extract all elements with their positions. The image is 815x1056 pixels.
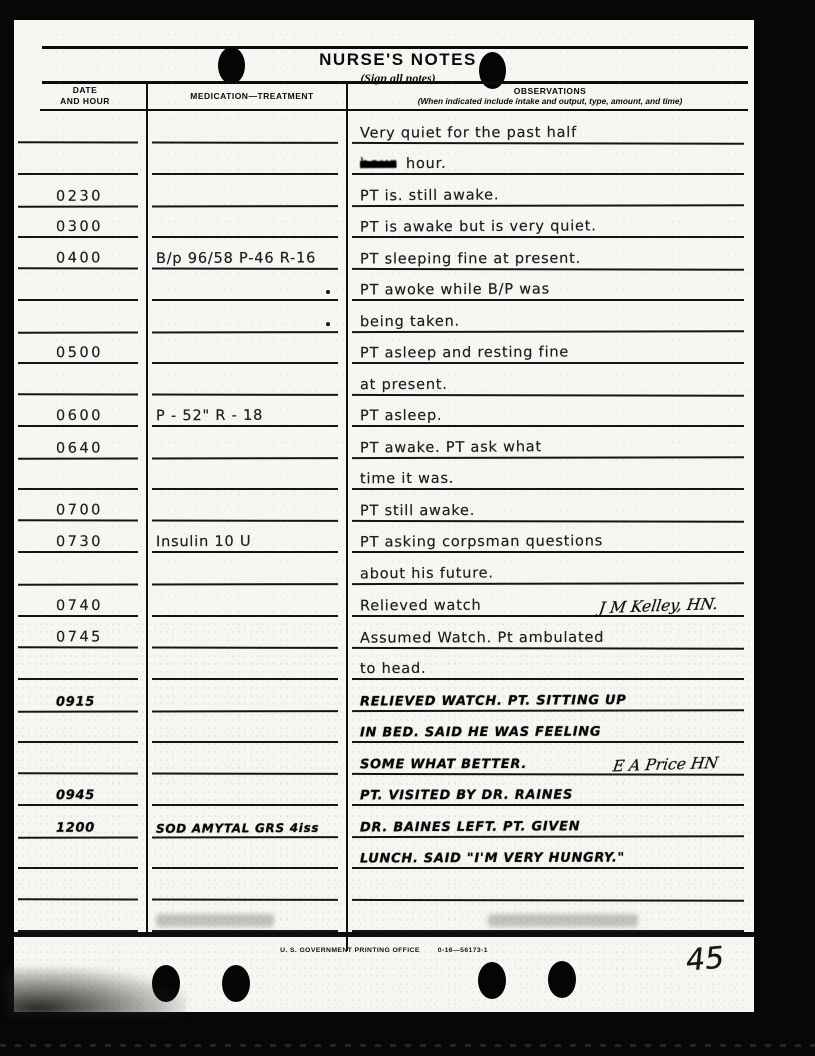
observations-cell: PT is awake but is very quiet. bbox=[352, 207, 744, 239]
nurse-signature: E A Price HN bbox=[612, 753, 720, 775]
medication-value: Insulin 10 U bbox=[156, 534, 251, 550]
medication-cell bbox=[152, 490, 338, 522]
table-row: time it was. bbox=[18, 459, 748, 491]
table-row: 0500PT asleep and resting fine bbox=[18, 333, 748, 365]
medication-value: SOD AMYTAL GRS 4iss bbox=[156, 820, 319, 835]
observation-text: PT awoke while B/P was bbox=[360, 282, 550, 299]
observations-column-header: OBSERVATIONS (When indicated include int… bbox=[352, 83, 748, 109]
handwritten-page-number: 45 bbox=[685, 940, 726, 978]
observations-cell bbox=[352, 869, 744, 901]
observation-text: PT awake. PT ask what bbox=[360, 439, 542, 456]
table-row: PT awoke while B/P was bbox=[18, 270, 748, 302]
medication-cell bbox=[152, 301, 338, 333]
observations-cell: PT asleep. bbox=[352, 396, 744, 428]
medication-cell bbox=[152, 427, 338, 459]
nurse-signature: J M Kelley, HN. bbox=[598, 594, 719, 616]
date-hour-cell: 0230 bbox=[18, 176, 138, 208]
medication-cell bbox=[152, 459, 338, 491]
medication-cell bbox=[152, 270, 338, 302]
date-header-line1: DATE bbox=[18, 85, 152, 96]
observations-cell: PT asking corpsman questions bbox=[352, 522, 744, 554]
observations-cell: RELIEVED WATCH. PT. SITTING UP bbox=[352, 679, 744, 711]
date-hour-cell bbox=[18, 837, 138, 869]
struck-out-word: hour bbox=[360, 156, 397, 172]
table-row: to head. bbox=[18, 648, 748, 680]
column-headers: DATE AND HOUR MEDICATION—TREATMENT OBSER… bbox=[18, 83, 748, 109]
punch-hole-top-left bbox=[218, 47, 245, 84]
scan-corner-smudge bbox=[6, 968, 186, 1016]
date-hour-cell bbox=[18, 363, 138, 395]
observations-cell: LUNCH. SAID "I'M VERY HUNGRY." bbox=[352, 837, 744, 869]
date-hour-cell: 0640 bbox=[18, 428, 138, 460]
date-hour-cell bbox=[18, 270, 138, 302]
table-row: 0740Relieved watchJ M Kelley, HN. bbox=[18, 585, 748, 617]
date-hour-column-header: DATE AND HOUR bbox=[18, 83, 152, 109]
ink-smudge bbox=[156, 914, 274, 927]
time-value: 0500 bbox=[56, 345, 103, 361]
date-hour-cell: 0945 bbox=[18, 774, 138, 806]
observation-text: hour. bbox=[406, 156, 447, 172]
observation-text: Relieved watch bbox=[360, 597, 482, 614]
observations-cell: Very quiet for the past half bbox=[352, 112, 744, 144]
observations-cell: PT still awake. bbox=[352, 490, 744, 522]
observations-header-note: (When indicated include intake and outpu… bbox=[352, 96, 748, 106]
punch-hole-bottom-3 bbox=[478, 962, 506, 999]
observations-header-label: OBSERVATIONS bbox=[352, 86, 748, 97]
medication-cell bbox=[152, 680, 338, 712]
time-value: 0915 bbox=[56, 694, 95, 709]
medication-cell bbox=[152, 648, 338, 680]
observation-text: RELIEVED WATCH. PT. SITTING UP bbox=[360, 692, 627, 708]
date-hour-cell bbox=[18, 111, 138, 143]
observation-text: PT asleep and resting fine bbox=[360, 345, 569, 362]
observation-text: IN BED. SAID HE WAS FEELING bbox=[360, 724, 601, 740]
table-row: SOME WHAT BETTER.E A Price HN bbox=[18, 742, 748, 775]
medication-cell bbox=[152, 364, 338, 396]
notes-table: Very quiet for the past halfhourhour.023… bbox=[18, 112, 748, 932]
ink-smudge bbox=[488, 914, 638, 927]
table-row bbox=[18, 900, 748, 932]
document-page: NURSE'S NOTES (Sign all notes) DATE AND … bbox=[14, 20, 754, 1012]
observation-text: to head. bbox=[360, 660, 426, 676]
bottom-rule bbox=[14, 932, 754, 937]
observations-cell: to head. bbox=[352, 648, 744, 680]
date-hour-cell bbox=[18, 711, 138, 743]
time-value: 0300 bbox=[56, 219, 103, 235]
table-row: 0300PT is awake but is very quiet. bbox=[18, 207, 748, 239]
observation-text: PT still awake. bbox=[360, 503, 475, 519]
medication-cell bbox=[152, 837, 338, 869]
medication-cell: P - 52" R - 18 bbox=[152, 396, 338, 428]
observation-text: PT asleep. bbox=[360, 408, 442, 424]
table-row bbox=[18, 868, 748, 901]
observation-text: LUNCH. SAID "I'M VERY HUNGRY." bbox=[360, 850, 625, 866]
observations-cell: about his future. bbox=[352, 553, 744, 585]
date-hour-cell: 0745 bbox=[18, 616, 138, 648]
observation-text: PT is awake but is very quiet. bbox=[360, 219, 597, 236]
observation-text: SOME WHAT BETTER. bbox=[360, 756, 527, 771]
date-hour-cell bbox=[18, 459, 138, 491]
table-row: 0230PT is. still awake. bbox=[18, 174, 748, 207]
observation-text: about his future. bbox=[360, 565, 494, 582]
date-hour-cell bbox=[18, 302, 138, 334]
time-value: 0730 bbox=[56, 534, 103, 550]
medication-cell bbox=[152, 144, 338, 176]
medication-cell bbox=[152, 175, 338, 207]
observations-cell: Assumed Watch. Pt ambulated bbox=[352, 616, 744, 648]
time-value: 0230 bbox=[56, 188, 103, 204]
table-row: 0730Insulin 10 UPT asking corpsman quest… bbox=[18, 522, 748, 554]
date-header-line2: AND HOUR bbox=[18, 96, 152, 107]
observations-cell: PT. VISITED BY DR. RAINES bbox=[352, 774, 744, 806]
medication-cell bbox=[152, 742, 338, 774]
observations-cell: IN BED. SAID HE WAS FEELING bbox=[352, 711, 744, 743]
medication-cell bbox=[152, 711, 338, 743]
form-title: NURSE'S NOTES bbox=[14, 50, 754, 70]
observation-text: at present. bbox=[360, 377, 448, 393]
observations-cell: time it was. bbox=[352, 459, 744, 491]
observation-text: PT. VISITED BY DR. RAINES bbox=[360, 787, 573, 803]
date-hour-cell bbox=[18, 144, 138, 176]
top-rule bbox=[42, 46, 748, 49]
date-hour-cell: 0300 bbox=[18, 207, 138, 239]
medication-cell bbox=[152, 900, 338, 932]
observations-cell: PT awoke while B/P was bbox=[352, 270, 744, 302]
medication-cell: B/p 96/58 P-46 R-16 bbox=[152, 238, 338, 270]
observations-cell: PT is. still awake. bbox=[352, 174, 744, 206]
observations-cell: PT sleeping fine at present. bbox=[352, 238, 744, 270]
table-row: 0945PT. VISITED BY DR. RAINES bbox=[18, 774, 748, 806]
table-row: being taken. bbox=[18, 300, 748, 333]
medication-cell bbox=[152, 333, 338, 365]
date-hour-cell: 0740 bbox=[18, 585, 138, 617]
date-hour-cell: 0915 bbox=[18, 680, 138, 712]
date-hour-cell bbox=[18, 900, 138, 932]
date-hour-cell bbox=[18, 554, 138, 586]
medication-cell bbox=[152, 585, 338, 617]
medication-cell bbox=[152, 207, 338, 239]
observation-text: DR. BAINES LEFT. PT. GIVEN bbox=[360, 818, 580, 834]
time-value: 0745 bbox=[56, 628, 103, 644]
observation-text: Very quiet for the past half bbox=[360, 124, 577, 141]
table-row: 1200SOD AMYTAL GRS 4issDR. BAINES LEFT. … bbox=[18, 805, 748, 838]
scanner-edge-artifact bbox=[0, 1044, 815, 1047]
date-hour-cell bbox=[18, 648, 138, 680]
table-row: hourhour. bbox=[18, 144, 748, 176]
observations-cell: being taken. bbox=[352, 300, 744, 332]
ink-dot bbox=[326, 290, 330, 294]
observation-text: Assumed Watch. Pt ambulated bbox=[360, 629, 604, 646]
table-row: at present. bbox=[18, 363, 748, 396]
time-value: 0640 bbox=[56, 440, 103, 456]
time-value: 0700 bbox=[56, 502, 103, 518]
date-hour-cell: 0600 bbox=[18, 396, 138, 428]
table-row: 0400B/p 96/58 P-46 R-16PT sleeping fine … bbox=[18, 237, 748, 270]
printing-office-label: U. S. GOVERNMENT PRINTING OFFICE bbox=[280, 947, 420, 954]
time-value: 0400 bbox=[56, 250, 103, 266]
medication-cell bbox=[152, 868, 338, 900]
punch-hole-bottom-2 bbox=[222, 965, 250, 1002]
observations-cell: Relieved watchJ M Kelley, HN. bbox=[352, 585, 744, 617]
time-value: 1200 bbox=[56, 820, 95, 835]
time-value: 0740 bbox=[56, 597, 103, 613]
date-hour-cell: 0730 bbox=[18, 522, 138, 554]
form-number-label: 0-16—56173-1 bbox=[438, 947, 488, 954]
observation-text: PT is. still awake. bbox=[360, 187, 499, 204]
medication-cell bbox=[152, 774, 338, 806]
date-hour-cell bbox=[18, 742, 138, 774]
medication-cell bbox=[152, 554, 338, 586]
observation-text: PT asking corpsman questions bbox=[360, 534, 603, 551]
medication-value: P - 52" R - 18 bbox=[156, 408, 263, 425]
time-value: 0945 bbox=[56, 788, 95, 803]
table-row: about his future. bbox=[18, 553, 748, 586]
date-hour-cell: 0500 bbox=[18, 333, 138, 365]
medication-column-header: MEDICATION—TREATMENT bbox=[152, 83, 352, 109]
table-row: 0700PT still awake. bbox=[18, 490, 748, 523]
date-hour-cell: 0700 bbox=[18, 490, 138, 522]
table-row: 0600P - 52" R - 18PT asleep. bbox=[18, 396, 748, 428]
observations-cell: DR. BAINES LEFT. PT. GIVEN bbox=[352, 805, 744, 837]
date-hour-cell: 0400 bbox=[18, 237, 138, 269]
observations-cell: PT asleep and resting fine bbox=[352, 333, 744, 365]
table-row: Very quiet for the past half bbox=[18, 111, 748, 144]
observation-text: being taken. bbox=[360, 313, 460, 330]
date-hour-cell: 1200 bbox=[18, 806, 138, 838]
observations-cell: PT awake. PT ask what bbox=[352, 427, 744, 459]
table-row: LUNCH. SAID "I'M VERY HUNGRY." bbox=[18, 837, 748, 869]
medication-cell bbox=[152, 112, 338, 144]
observations-cell: hourhour. bbox=[352, 144, 744, 176]
punch-hole-bottom-4 bbox=[548, 961, 576, 998]
table-row: 0640PT awake. PT ask what bbox=[18, 427, 748, 460]
medication-value: B/p 96/58 P-46 R-16 bbox=[156, 250, 316, 267]
time-value: 0600 bbox=[56, 408, 103, 424]
medication-cell: Insulin 10 U bbox=[152, 522, 338, 554]
ink-dot bbox=[326, 322, 330, 326]
table-row: 0745Assumed Watch. Pt ambulated bbox=[18, 616, 748, 649]
medication-header-label: MEDICATION—TREATMENT bbox=[152, 91, 352, 102]
medication-cell bbox=[152, 616, 338, 648]
observations-cell: at present. bbox=[352, 364, 744, 396]
table-row: IN BED. SAID HE WAS FEELING bbox=[18, 711, 748, 743]
print-footer: U. S. GOVERNMENT PRINTING OFFICE 0-16—56… bbox=[14, 947, 754, 954]
date-hour-cell bbox=[18, 868, 138, 900]
observation-text: PT sleeping fine at present. bbox=[360, 250, 581, 267]
observations-cell bbox=[352, 900, 744, 932]
table-row: 0915RELIEVED WATCH. PT. SITTING UP bbox=[18, 679, 748, 712]
medication-cell: SOD AMYTAL GRS 4iss bbox=[152, 806, 338, 838]
observations-cell: SOME WHAT BETTER.E A Price HN bbox=[352, 743, 744, 775]
observation-text: time it was. bbox=[360, 471, 454, 487]
